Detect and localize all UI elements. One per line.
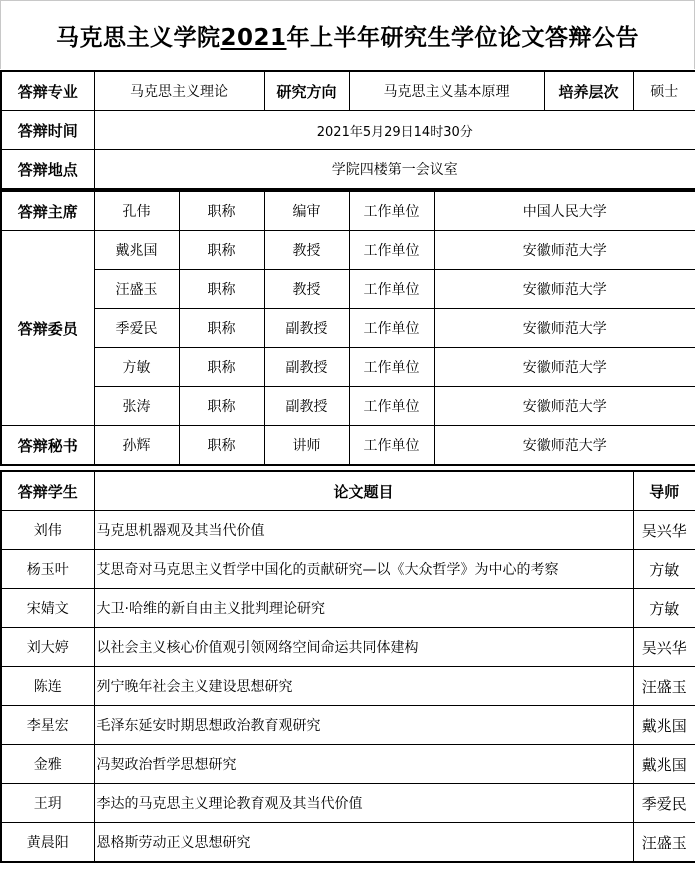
unit-label: 工作单位 — [349, 387, 434, 426]
member-name: 方敏 — [94, 348, 179, 387]
student-row: 杨玉叶 艾思奇对马克思主义哲学中国化的贡献研究—以《大众哲学》为中心的考察 方敏 — [1, 550, 695, 589]
student-header: 答辩学生 — [1, 471, 94, 511]
student-name: 陈连 — [1, 667, 94, 706]
title-label: 职称 — [179, 270, 264, 309]
advisor-name: 汪盛玉 — [633, 823, 695, 863]
chair-label: 答辩主席 — [1, 191, 94, 231]
unit-label: 工作单位 — [349, 231, 434, 270]
level-label: 培养层次 — [544, 71, 633, 111]
thesis-title: 列宁晚年社会主义建设思想研究 — [94, 667, 633, 706]
student-row: 黄晨阳 恩格斯劳动正义思想研究 汪盛玉 — [1, 823, 695, 863]
members-label: 答辩委员 — [1, 231, 94, 426]
student-name: 黄晨阳 — [1, 823, 94, 863]
direction-value: 马克思主义基本原理 — [349, 71, 544, 111]
students-header-row: 答辩学生 论文题目 导师 — [1, 471, 695, 511]
student-name: 李星宏 — [1, 706, 94, 745]
thesis-title: 恩格斯劳动正义思想研究 — [94, 823, 633, 863]
unit-label: 工作单位 — [349, 348, 434, 387]
title-label: 职称 — [179, 191, 264, 231]
student-name: 刘伟 — [1, 511, 94, 550]
member-title: 副教授 — [264, 387, 349, 426]
student-name: 刘大婷 — [1, 628, 94, 667]
advisor-name: 汪盛玉 — [633, 667, 695, 706]
place-label: 答辩地点 — [1, 150, 94, 190]
unit-label: 工作单位 — [349, 309, 434, 348]
member-row: 张涛 职称 副教授 工作单位 安徽师范大学 — [1, 387, 695, 426]
major-value: 马克思主义理论 — [94, 71, 264, 111]
secretary-unit: 安徽师范大学 — [434, 426, 695, 466]
secretary-row: 答辩秘书 孙辉 职称 讲师 工作单位 安徽师范大学 — [1, 426, 695, 466]
advisor-header: 导师 — [633, 471, 695, 511]
title-label: 职称 — [179, 348, 264, 387]
advisor-name: 吴兴华 — [633, 511, 695, 550]
committee-table: 答辩主席 孔伟 职称 编审 工作单位 中国人民大学 答辩委员 戴兆国 职称 教授… — [0, 190, 695, 466]
chair-unit: 中国人民大学 — [434, 191, 695, 231]
thesis-title: 冯契政治哲学思想研究 — [94, 745, 633, 784]
title-suffix: 年上半年研究生学位论文答辩公告 — [287, 25, 640, 51]
students-table: 答辩学生 论文题目 导师 刘伟 马克思机器观及其当代价值 吴兴华 杨玉叶 艾思奇… — [0, 470, 695, 863]
student-row: 李星宏 毛泽东延安时期思想政治教育观研究 戴兆国 — [1, 706, 695, 745]
member-name: 戴兆国 — [94, 231, 179, 270]
member-title: 副教授 — [264, 309, 349, 348]
student-row: 王玥 李达的马克思主义理论教育观及其当代价值 季爱民 — [1, 784, 695, 823]
unit-label: 工作单位 — [349, 191, 434, 231]
place-value: 学院四楼第一会议室 — [94, 150, 695, 190]
major-label: 答辩专业 — [1, 71, 94, 111]
time-label: 答辩时间 — [1, 111, 94, 150]
advisor-name: 戴兆国 — [633, 706, 695, 745]
page-title: 马克思主义学院2021年上半年研究生学位论文答辩公告 — [56, 19, 639, 52]
secretary-title: 讲师 — [264, 426, 349, 466]
student-name: 宋婧文 — [1, 589, 94, 628]
student-row: 陈连 列宁晚年社会主义建设思想研究 汪盛玉 — [1, 667, 695, 706]
member-row: 季爱民 职称 副教授 工作单位 安徽师范大学 — [1, 309, 695, 348]
thesis-title: 毛泽东延安时期思想政治教育观研究 — [94, 706, 633, 745]
title-year: 2021 — [220, 25, 286, 51]
time-row: 答辩时间 2021年5月29日14时30分 — [1, 111, 695, 150]
member-unit: 安徽师范大学 — [434, 387, 695, 426]
advisor-name: 季爱民 — [633, 784, 695, 823]
secretary-name: 孙辉 — [94, 426, 179, 466]
thesis-title: 李达的马克思主义理论教育观及其当代价值 — [94, 784, 633, 823]
member-name: 汪盛玉 — [94, 270, 179, 309]
chair-row: 答辩主席 孔伟 职称 编审 工作单位 中国人民大学 — [1, 191, 695, 231]
chair-name: 孔伟 — [94, 191, 179, 231]
thesis-title: 艾思奇对马克思主义哲学中国化的贡献研究—以《大众哲学》为中心的考察 — [94, 550, 633, 589]
member-unit: 安徽师范大学 — [434, 270, 695, 309]
unit-label: 工作单位 — [349, 426, 434, 466]
advisor-name: 方敏 — [633, 589, 695, 628]
member-name: 季爱民 — [94, 309, 179, 348]
student-row: 宋婧文 大卫·哈维的新自由主义批判理论研究 方敏 — [1, 589, 695, 628]
member-row: 汪盛玉 职称 教授 工作单位 安徽师范大学 — [1, 270, 695, 309]
advisor-name: 戴兆国 — [633, 745, 695, 784]
thesis-title: 以社会主义核心价值观引领网络空间命运共同体建构 — [94, 628, 633, 667]
place-row: 答辩地点 学院四楼第一会议室 — [1, 150, 695, 190]
thesis-title: 马克思机器观及其当代价值 — [94, 511, 633, 550]
announcement-header: 马克思主义学院2021年上半年研究生学位论文答辩公告 — [0, 0, 695, 69]
direction-label: 研究方向 — [264, 71, 349, 111]
title-label: 职称 — [179, 231, 264, 270]
thesis-title: 大卫·哈维的新自由主义批判理论研究 — [94, 589, 633, 628]
student-row: 金雅 冯契政治哲学思想研究 戴兆国 — [1, 745, 695, 784]
thesis-header: 论文题目 — [94, 471, 633, 511]
student-name: 杨玉叶 — [1, 550, 94, 589]
student-row: 刘伟 马克思机器观及其当代价值 吴兴华 — [1, 511, 695, 550]
unit-label: 工作单位 — [349, 270, 434, 309]
advisor-name: 方敏 — [633, 550, 695, 589]
student-name: 金雅 — [1, 745, 94, 784]
member-unit: 安徽师范大学 — [434, 309, 695, 348]
defense-info-table: 答辩专业 马克思主义理论 研究方向 马克思主义基本原理 培养层次 硕士 答辩时间… — [0, 70, 695, 190]
member-title: 副教授 — [264, 348, 349, 387]
member-row: 答辩委员 戴兆国 职称 教授 工作单位 安徽师范大学 — [1, 231, 695, 270]
title-label: 职称 — [179, 309, 264, 348]
title-label: 职称 — [179, 387, 264, 426]
member-unit: 安徽师范大学 — [434, 348, 695, 387]
member-unit: 安徽师范大学 — [434, 231, 695, 270]
major-row: 答辩专业 马克思主义理论 研究方向 马克思主义基本原理 培养层次 硕士 — [1, 71, 695, 111]
member-name: 张涛 — [94, 387, 179, 426]
level-value: 硕士 — [633, 71, 695, 111]
member-row: 方敏 职称 副教授 工作单位 安徽师范大学 — [1, 348, 695, 387]
student-row: 刘大婷 以社会主义核心价值观引领网络空间命运共同体建构 吴兴华 — [1, 628, 695, 667]
student-name: 王玥 — [1, 784, 94, 823]
time-value: 2021年5月29日14时30分 — [94, 111, 695, 150]
member-title: 教授 — [264, 270, 349, 309]
title-prefix: 马克思主义学院 — [56, 25, 221, 51]
title-label: 职称 — [179, 426, 264, 466]
secretary-label: 答辩秘书 — [1, 426, 94, 466]
chair-title: 编审 — [264, 191, 349, 231]
member-title: 教授 — [264, 231, 349, 270]
advisor-name: 吴兴华 — [633, 628, 695, 667]
